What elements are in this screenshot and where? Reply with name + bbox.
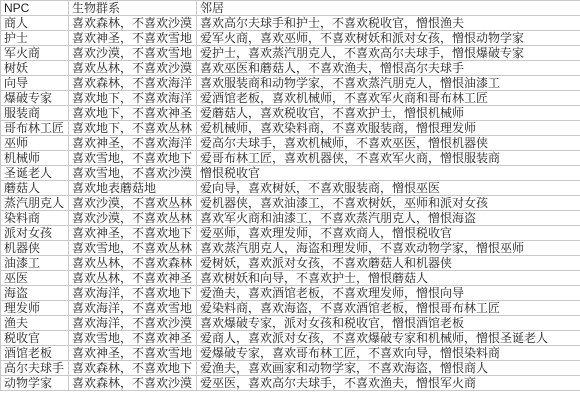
biome-preference-cell: 喜欢神圣，不喜欢海洋: [69, 136, 197, 151]
biome-preference-cell: 喜欢海洋，不喜欢沙漠: [69, 316, 197, 331]
npc-name-cell: 服装商: [1, 106, 69, 121]
biome-preference-cell: 喜欢丛林，不喜欢神圣: [69, 271, 197, 286]
npc-name-cell: 圣诞老人: [1, 166, 69, 181]
biome-preference-cell: 喜欢沙漠，不喜欢丛林: [69, 211, 197, 226]
neighbor-preference-cell: 爱护士，喜欢蒸汽朋克人，不喜欢高尔夫球手，憎恨爆破专家: [197, 46, 580, 61]
npc-name-cell: 巫师: [1, 136, 69, 151]
neighbor-preference-cell: 喜欢爆破专家，派对女孩和税收官，憎恨酒馆老板: [197, 316, 580, 331]
neighbor-preference-cell: 爱渔夫，喜欢酒馆老板，不喜欢理发师，憎恨向导: [197, 286, 580, 301]
neighbor-preference-cell: 爱染料商，喜欢海盗，不喜欢酒馆老板，憎恨哥布林工匠: [197, 301, 580, 316]
table-row: 树妖喜欢丛林，不喜欢沙漠喜欢巫医和蘑菇人，不喜欢渔夫，憎恨高尔夫球手: [1, 61, 580, 76]
table-row: 圣诞老人喜欢雪地，不喜欢沙漠憎恨税收官: [1, 166, 580, 181]
npc-name-cell: 商人: [1, 16, 69, 31]
npc-name-cell: 酒馆老板: [1, 346, 69, 361]
npc-name-cell: 爆破专家: [1, 91, 69, 106]
npc-name-cell: 染料商: [1, 211, 69, 226]
table-row: 巫医喜欢丛林，不喜欢神圣喜欢树妖和向导，不喜欢护士，憎恨蘑菇人: [1, 271, 580, 286]
table-row: 税收官喜欢雪地，不喜欢神圣爱商人，喜欢派对女孩，不喜欢爆破专家和机械师，憎恨圣诞…: [1, 331, 580, 346]
biome-preference-cell: 喜欢神圣，不喜欢雪地: [69, 31, 197, 46]
neighbor-preference-cell: 喜欢高尔夫球手和护士，不喜欢税收官，憎恨渔夫: [197, 16, 580, 31]
biome-preference-cell: 喜欢雪地，不喜欢丛林: [69, 241, 197, 256]
biome-preference-cell: 喜欢海洋，不喜欢地下: [69, 286, 197, 301]
table-row: 机械师喜欢雪地，不喜欢地下爱哥布林工匠，喜欢机器侠，不喜欢军火商，憎恨服装商: [1, 151, 580, 166]
biome-preference-cell: 喜欢沙漠，不喜欢雪地: [69, 46, 197, 61]
table-row: 染料商喜欢沙漠，不喜欢丛林喜欢军火商和油漆工，不喜欢蒸汽朋克人，憎恨海盗: [1, 211, 580, 226]
biome-preference-cell: 喜欢地下，不喜欢丛林: [69, 121, 197, 136]
table-row: 酒馆老板喜欢神圣，不喜欢雪地爱爆破专家，喜欢哥布林工匠，不喜欢向导，憎恨染料商: [1, 346, 580, 361]
neighbor-preference-cell: 爱军火商，喜欢巫师，不喜欢树妖和派对女孩，憎恨动物学家: [197, 31, 580, 46]
table-body: 商人喜欢森林，不喜欢沙漠喜欢高尔夫球手和护士，不喜欢税收官，憎恨渔夫护士喜欢神圣…: [1, 16, 580, 391]
table-row: 动物学家喜欢森林，不喜欢沙漠爱巫医，喜欢高尔夫球手，不喜欢渔夫，憎恨军火商: [1, 376, 580, 391]
biome-preference-cell: 喜欢地表蘑菇地: [69, 181, 197, 196]
npc-name-cell: 税收官: [1, 331, 69, 346]
npc-name-cell: 巫医: [1, 271, 69, 286]
neighbor-preference-cell: 喜欢树妖和向导，不喜欢护士，憎恨蘑菇人: [197, 271, 580, 286]
table-row: 蘑菇人喜欢地表蘑菇地爱向导，喜欢树妖，不喜欢服装商，憎恨巫医: [1, 181, 580, 196]
npc-name-cell: 动物学家: [1, 376, 69, 391]
npc-name-cell: 海盗: [1, 286, 69, 301]
npc-name-cell: 渔夫: [1, 316, 69, 331]
table-header-row: NPC 生物群系 邻居: [1, 1, 580, 16]
neighbor-preference-cell: 爱向导，喜欢树妖，不喜欢服装商，憎恨巫医: [197, 181, 580, 196]
npc-name-cell: 理发师: [1, 301, 69, 316]
neighbor-preference-cell: 憎恨税收官: [197, 166, 580, 181]
neighbor-preference-cell: 喜欢巫医和蘑菇人，不喜欢渔夫，憎恨高尔夫球手: [197, 61, 580, 76]
npc-name-cell: 向导: [1, 76, 69, 91]
biome-preference-cell: 喜欢森林，不喜欢海洋: [69, 76, 197, 91]
table-row: 服装商喜欢地下，不喜欢神圣爱蘑菇人，喜欢税收官，不喜欢护士，憎恨机械师: [1, 106, 580, 121]
npc-name-cell: 蒸汽朋克人: [1, 196, 69, 211]
npc-name-cell: 派对女孩: [1, 226, 69, 241]
npc-name-cell: 机械师: [1, 151, 69, 166]
biome-preference-cell: 喜欢丛林，不喜欢森林: [69, 256, 197, 271]
npc-name-cell: 油漆工: [1, 256, 69, 271]
npc-name-cell: 护士: [1, 31, 69, 46]
biome-preference-cell: 喜欢地下，不喜欢海洋: [69, 91, 197, 106]
neighbor-preference-cell: 爱巫医，喜欢高尔夫球手，不喜欢渔夫，憎恨军火商: [197, 376, 580, 391]
biome-preference-cell: 喜欢神圣，不喜欢雪地: [69, 346, 197, 361]
biome-preference-cell: 喜欢丛林，不喜欢沙漠: [69, 61, 197, 76]
table-row: 爆破专家喜欢地下，不喜欢海洋爱酒馆老板，喜欢机械师，不喜欢军火商和哥布林工匠: [1, 91, 580, 106]
column-header-npc: NPC: [1, 1, 69, 16]
table-row: 军火商喜欢沙漠，不喜欢雪地爱护士，喜欢蒸汽朋克人，不喜欢高尔夫球手，憎恨爆破专家: [1, 46, 580, 61]
biome-preference-cell: 喜欢神圣，不喜欢地下: [69, 226, 197, 241]
neighbor-preference-cell: 爱酒馆老板，喜欢机械师，不喜欢军火商和哥布林工匠: [197, 91, 580, 106]
column-header-biome: 生物群系: [69, 1, 197, 16]
table-row: 哥布林工匠喜欢地下，不喜欢丛林爱机械师，喜欢染料商，不喜欢服装商，憎恨理发师: [1, 121, 580, 136]
npc-name-cell: 树妖: [1, 61, 69, 76]
npc-name-cell: 蘑菇人: [1, 181, 69, 196]
neighbor-preference-cell: 爱高尔夫球手，喜欢机械师，不喜欢巫医，憎恨机器侠: [197, 136, 580, 151]
npc-name-cell: 机器侠: [1, 241, 69, 256]
biome-preference-cell: 喜欢雪地，不喜欢沙漠: [69, 166, 197, 181]
column-header-neighbors: 邻居: [197, 1, 580, 16]
table-row: 机器侠喜欢雪地，不喜欢丛林喜欢蒸汽朋克人，海盗和理发师，不喜欢动物学家，憎恨巫师: [1, 241, 580, 256]
table-row: 巫师喜欢神圣，不喜欢海洋爱高尔夫球手，喜欢机械师，不喜欢巫医，憎恨机器侠: [1, 136, 580, 151]
neighbor-preference-cell: 喜欢蒸汽朋克人，海盗和理发师，不喜欢动物学家，憎恨巫师: [197, 241, 580, 256]
npc-happiness-page: NPC 生物群系 邻居 商人喜欢森林，不喜欢沙漠喜欢高尔夫球手和护士，不喜欢税收…: [0, 0, 580, 398]
biome-preference-cell: 喜欢雪地，不喜欢地下: [69, 151, 197, 166]
neighbor-preference-cell: 爱机械师，喜欢染料商，不喜欢服装商，憎恨理发师: [197, 121, 580, 136]
biome-preference-cell: 喜欢森林，不喜欢沙漠: [69, 16, 197, 31]
npc-name-cell: 哥布林工匠: [1, 121, 69, 136]
npc-happiness-table: NPC 生物群系 邻居 商人喜欢森林，不喜欢沙漠喜欢高尔夫球手和护士，不喜欢税收…: [0, 0, 580, 391]
table-row: 高尔夫球手喜欢森林，不喜欢地下爱渔夫，喜欢画家和动物学家，不喜欢海盗，憎恨商人: [1, 361, 580, 376]
neighbor-preference-cell: 爱商人，喜欢派对女孩，不喜欢爆破专家和机械师，憎恨圣诞老人: [197, 331, 580, 346]
npc-name-cell: 军火商: [1, 46, 69, 61]
neighbor-preference-cell: 爱机器侠，喜欢油漆工，不喜欢树妖，巫师和派对女孩: [197, 196, 580, 211]
table-row: 护士喜欢神圣，不喜欢雪地爱军火商，喜欢巫师，不喜欢树妖和派对女孩，憎恨动物学家: [1, 31, 580, 46]
table-row: 海盗喜欢海洋，不喜欢地下爱渔夫，喜欢酒馆老板，不喜欢理发师，憎恨向导: [1, 286, 580, 301]
neighbor-preference-cell: 喜欢服装商和动物学家，不喜欢蒸汽朋克人，憎恨油漆工: [197, 76, 580, 91]
neighbor-preference-cell: 爱哥布林工匠，喜欢机器侠，不喜欢军火商，憎恨服装商: [197, 151, 580, 166]
biome-preference-cell: 喜欢雪地，不喜欢神圣: [69, 331, 197, 346]
neighbor-preference-cell: 爱渔夫，喜欢画家和动物学家，不喜欢海盗，憎恨商人: [197, 361, 580, 376]
table-row: 派对女孩喜欢神圣，不喜欢地下爱巫师，喜欢理发师，不喜欢商人，憎恨税收官: [1, 226, 580, 241]
table-row: 商人喜欢森林，不喜欢沙漠喜欢高尔夫球手和护士，不喜欢税收官，憎恨渔夫: [1, 16, 580, 31]
table-row: 理发师喜欢海洋，不喜欢雪地爱染料商，喜欢海盗，不喜欢酒馆老板，憎恨哥布林工匠: [1, 301, 580, 316]
npc-name-cell: 高尔夫球手: [1, 361, 69, 376]
table-row: 蒸汽朋克人喜欢沙漠，不喜欢丛林爱机器侠，喜欢油漆工，不喜欢树妖，巫师和派对女孩: [1, 196, 580, 211]
neighbor-preference-cell: 爱爆破专家，喜欢哥布林工匠，不喜欢向导，憎恨染料商: [197, 346, 580, 361]
table-row: 渔夫喜欢海洋，不喜欢沙漠喜欢爆破专家，派对女孩和税收官，憎恨酒馆老板: [1, 316, 580, 331]
neighbor-preference-cell: 爱蘑菇人，喜欢税收官，不喜欢护士，憎恨机械师: [197, 106, 580, 121]
neighbor-preference-cell: 喜欢军火商和油漆工，不喜欢蒸汽朋克人，憎恨海盗: [197, 211, 580, 226]
biome-preference-cell: 喜欢森林，不喜欢地下: [69, 361, 197, 376]
neighbor-preference-cell: 爱树妖，喜欢派对女孩，不喜欢蘑菇人和机器侠: [197, 256, 580, 271]
biome-preference-cell: 喜欢沙漠，不喜欢丛林: [69, 196, 197, 211]
biome-preference-cell: 喜欢地下，不喜欢神圣: [69, 106, 197, 121]
biome-preference-cell: 喜欢海洋，不喜欢雪地: [69, 301, 197, 316]
biome-preference-cell: 喜欢森林，不喜欢沙漠: [69, 376, 197, 391]
neighbor-preference-cell: 爱巫师，喜欢理发师，不喜欢商人，憎恨税收官: [197, 226, 580, 241]
table-row: 向导喜欢森林，不喜欢海洋喜欢服装商和动物学家，不喜欢蒸汽朋克人，憎恨油漆工: [1, 76, 580, 91]
table-row: 油漆工喜欢丛林，不喜欢森林爱树妖，喜欢派对女孩，不喜欢蘑菇人和机器侠: [1, 256, 580, 271]
